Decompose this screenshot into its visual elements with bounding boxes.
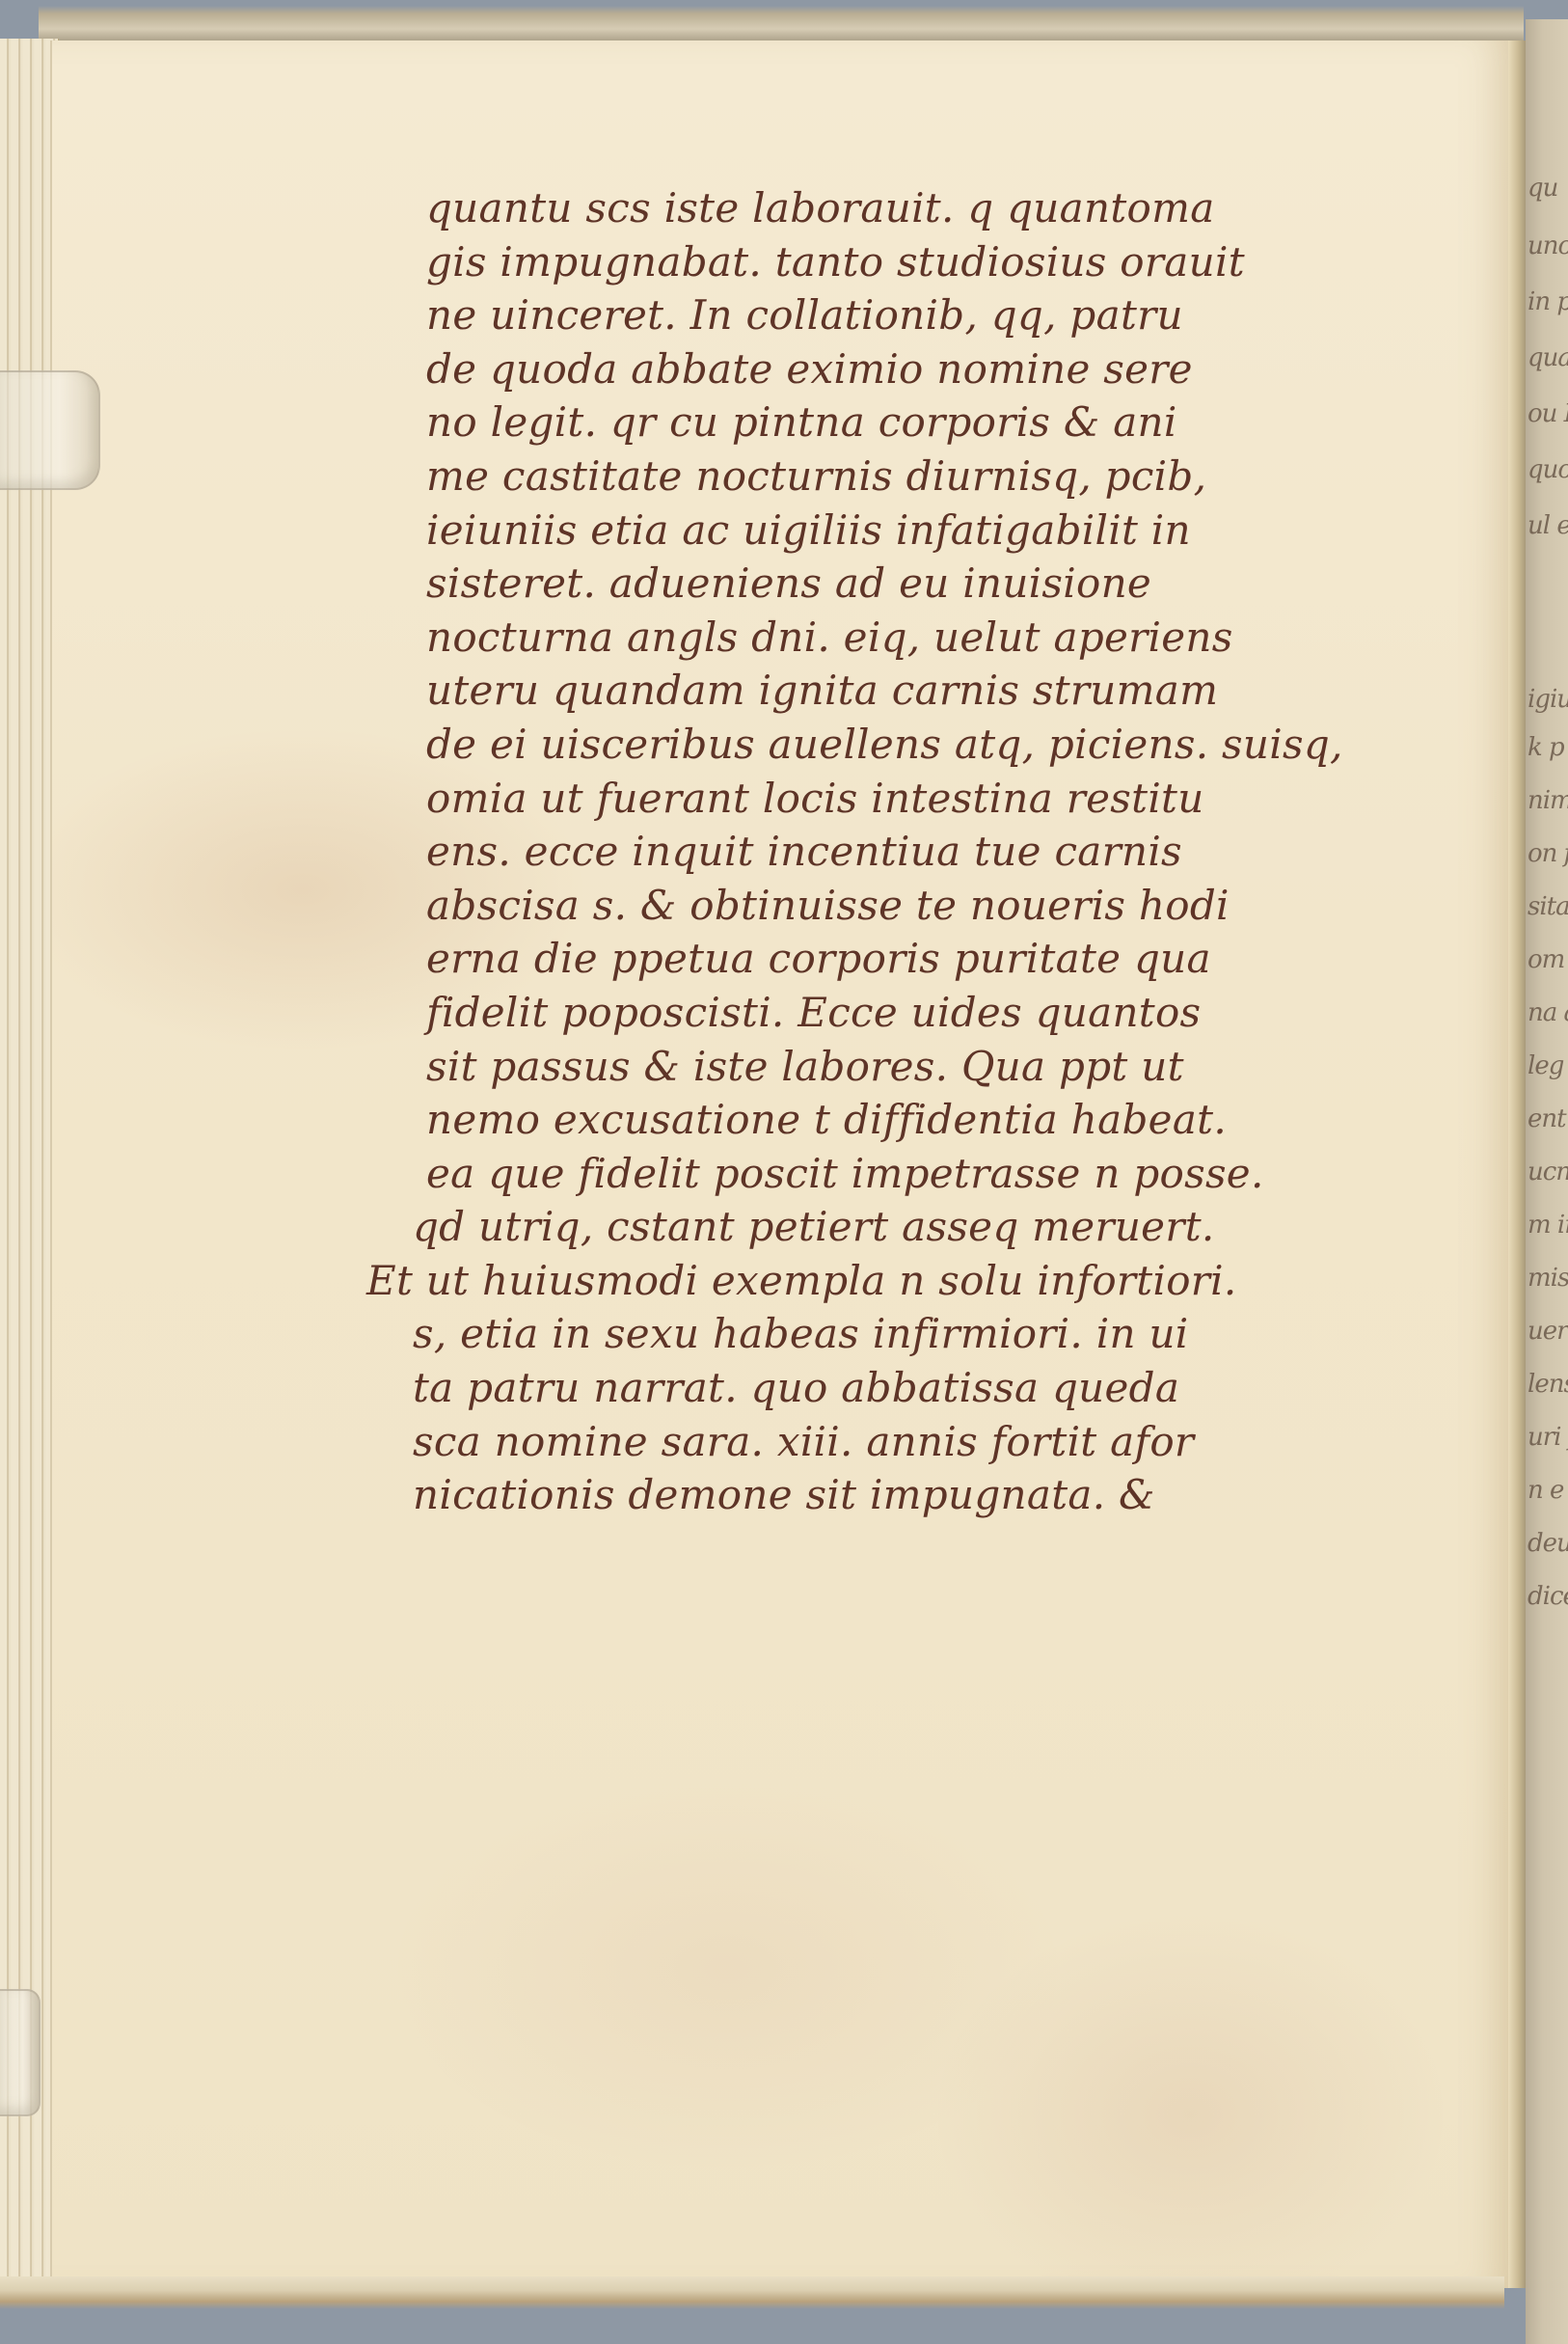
book-bottom-edge bbox=[0, 2276, 1504, 2344]
text-line: omia ut fuerant locis intestina restitu bbox=[366, 772, 1466, 826]
facing-fragment: quo bbox=[1527, 455, 1568, 484]
manuscript-scan: qu uno in p quar ou L quo ul e igiu k p … bbox=[0, 0, 1568, 2344]
main-text-block: quantu scs iste laborauit. q quantoma gi… bbox=[366, 181, 1466, 1522]
text-line: gis impugnabat. tanto studiosius orauit bbox=[366, 235, 1466, 289]
facing-fragment: quar bbox=[1527, 343, 1568, 372]
text-line: qd utriq, cstant petiert asseq meruert. bbox=[366, 1200, 1466, 1254]
text-line: ens. ecce inquit incentiua tue carnis bbox=[366, 825, 1466, 879]
facing-fragment: na ag bbox=[1527, 998, 1568, 1027]
facing-fragment: ent bbox=[1527, 1104, 1566, 1133]
facing-fragment: ucn bbox=[1527, 1158, 1568, 1186]
page-clip-lower bbox=[0, 1989, 41, 2116]
text-line: abscisa s. & obtinuisse te noueris hodi bbox=[366, 879, 1466, 933]
facing-fragment: nim bbox=[1527, 786, 1568, 815]
text-line: sisteret. adueniens ad eu inuisione bbox=[366, 557, 1466, 611]
facing-fragment: qu bbox=[1527, 174, 1557, 203]
facing-page-edge: qu uno in p quar ou L quo ul e igiu k p … bbox=[1526, 19, 1568, 2344]
text-line: no legit. qr cu pintna corporis & ani bbox=[366, 395, 1466, 450]
facing-fragment: uertu bbox=[1527, 1317, 1568, 1346]
page-clip-upper bbox=[0, 370, 100, 490]
text-line: de ei uisceribus auellens atq, piciens. … bbox=[366, 718, 1466, 772]
facing-fragment: in p bbox=[1527, 287, 1568, 316]
facing-fragment: sitar bbox=[1527, 892, 1568, 921]
text-line: nocturna angls dni. eiq, uelut aperiens bbox=[366, 611, 1466, 665]
text-line: quantu scs iste laborauit. q quantoma bbox=[366, 181, 1466, 235]
facing-fragment: igiu bbox=[1527, 685, 1568, 714]
facing-fragment: leg bbox=[1527, 1051, 1563, 1080]
text-line: me castitate nocturnis diurnisq, pcib, bbox=[366, 450, 1466, 504]
text-line: nicationis demone sit impugnata. & bbox=[366, 1468, 1466, 1522]
facing-fragment: ou L bbox=[1527, 399, 1568, 428]
facing-fragment: on fi bbox=[1527, 839, 1568, 868]
text-line: sit passus & iste labores. Qua ppt ut bbox=[366, 1040, 1466, 1094]
text-line: fidelit poposcisti. Ecce uides quantos bbox=[366, 986, 1466, 1040]
text-line: ne uinceret. In collationib, qq, patru bbox=[366, 288, 1466, 342]
facing-fragment: dicente bbox=[1527, 1582, 1568, 1611]
text-line: sca nomine sara. xiii. annis fortit afor bbox=[366, 1415, 1466, 1469]
facing-fragment: uri for bbox=[1527, 1423, 1568, 1452]
text-line: ta patru narrat. quo abbatissa queda bbox=[366, 1361, 1466, 1415]
facing-fragment: n e ebdo bbox=[1527, 1476, 1568, 1505]
text-line: erna die ppetua corporis puritate qua bbox=[366, 932, 1466, 986]
text-line: uteru quandam ignita carnis strumam bbox=[366, 664, 1466, 718]
text-line: ieiuniis etia ac uigiliis infatigabilit … bbox=[366, 504, 1466, 558]
text-line: de quoda abbate eximio nomine sere bbox=[366, 342, 1466, 396]
binding-gutter bbox=[1508, 41, 1526, 2288]
facing-fragment: misera bbox=[1527, 1264, 1568, 1293]
facing-fragment: m inf bbox=[1527, 1211, 1568, 1240]
facing-fragment: ul e bbox=[1527, 511, 1568, 540]
text-line: Et ut huiusmodi exempla n solu infortior… bbox=[366, 1254, 1466, 1308]
facing-fragment: uno bbox=[1527, 232, 1568, 260]
facing-fragment: lens. p bbox=[1527, 1370, 1568, 1399]
text-line: nemo excusatione t diffidentia habeat. bbox=[366, 1093, 1466, 1147]
facing-fragment: deu der bbox=[1527, 1529, 1568, 1558]
facing-fragment: om q bbox=[1527, 945, 1568, 974]
text-line: ea que fidelit poscit impetrasse n posse… bbox=[366, 1147, 1466, 1201]
text-line: s, etia in sexu habeas infirmiori. in ui bbox=[366, 1307, 1466, 1361]
facing-fragment: k p bbox=[1527, 733, 1564, 762]
